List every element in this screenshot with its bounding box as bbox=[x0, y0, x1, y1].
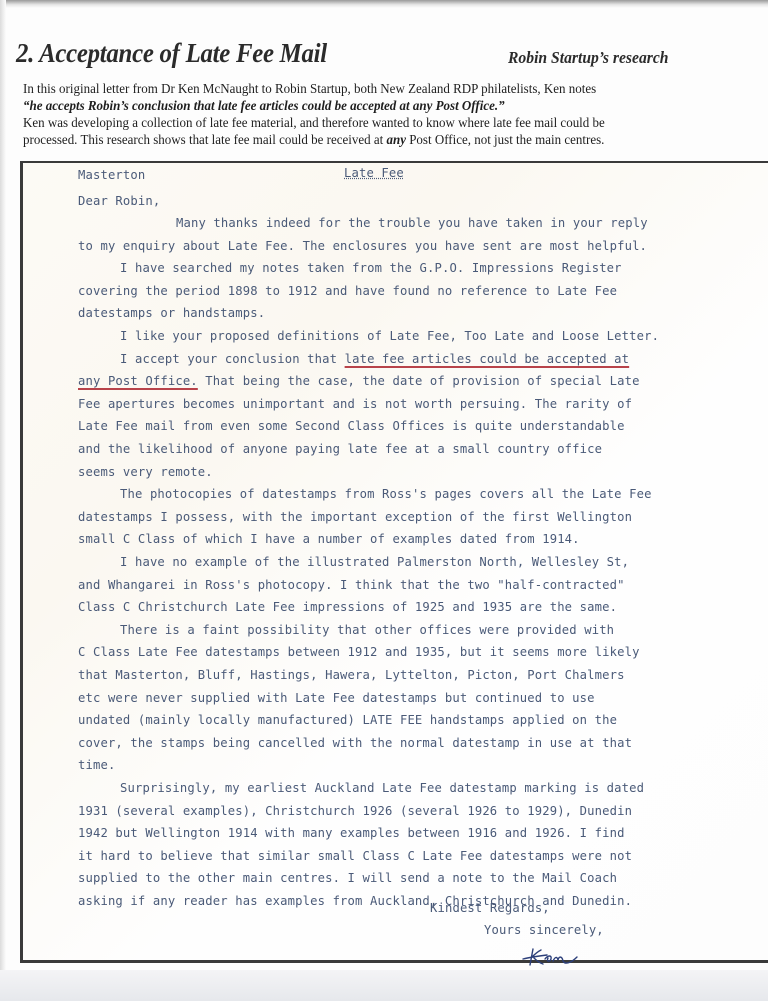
scan-top-edge bbox=[0, 0, 768, 8]
letter-line: any Post Office. That being the case, th… bbox=[78, 374, 640, 388]
underlined-passage: any Post Office. bbox=[78, 374, 198, 388]
letter-text-segment: time. bbox=[78, 758, 115, 772]
scan-bottom-edge bbox=[0, 970, 768, 1001]
letter-line: small C Class of which I have a number o… bbox=[78, 532, 580, 546]
letter-line: and the likelihood of anyone paying late… bbox=[78, 442, 602, 456]
letter-line: covering the period 1898 to 1912 and hav… bbox=[78, 284, 617, 298]
letter-line: There is a faint possibility that other … bbox=[120, 623, 614, 637]
letter-text-segment: The photocopies of datestamps from Ross'… bbox=[120, 487, 652, 501]
letter-text-segment: 1931 (several examples), Christchurch 19… bbox=[78, 804, 632, 818]
intro-line: processed. This research shows that late… bbox=[23, 131, 730, 148]
letter-line: I like your proposed definitions of Late… bbox=[120, 329, 659, 343]
intro-text-segment: Post Office, not just the main centres. bbox=[406, 132, 604, 147]
page-title: 2. Acceptance of Late Fee Mail bbox=[16, 38, 327, 69]
letter-line: datestamps I possess, with the important… bbox=[78, 510, 632, 524]
letter-text-segment: Late Fee mail from even some Second Clas… bbox=[78, 419, 625, 433]
letter-text-segment: seems very remote. bbox=[78, 465, 213, 479]
letter-line: 1931 (several examples), Christchurch 19… bbox=[78, 804, 632, 818]
letter-line: Class C Christchurch Late Fee impression… bbox=[78, 600, 617, 614]
intro-text-segment: processed. This research shows that late… bbox=[23, 132, 386, 147]
scan-left-edge bbox=[0, 0, 6, 1001]
intro-emphasis: any bbox=[386, 132, 405, 147]
intro-text: In this original letter from Dr Ken McNa… bbox=[23, 80, 730, 148]
signature-icon bbox=[521, 943, 581, 969]
letter-line: I have no example of the illustrated Pal… bbox=[120, 555, 629, 569]
letter-line: time. bbox=[78, 758, 115, 772]
letter-text-segment: Many thanks indeed for the trouble you h… bbox=[176, 216, 648, 230]
letter-text-segment: I have searched my notes taken from the … bbox=[120, 261, 622, 275]
letter-line: to my enquiry about Late Fee. The enclos… bbox=[78, 239, 647, 253]
intro-quote: “he accepts Robin’s conclusion that late… bbox=[23, 97, 730, 114]
page-subtitle: Robin Startup’s research bbox=[508, 48, 668, 68]
letter-text-segment: 1942 but Wellington 1914 with many examp… bbox=[78, 826, 625, 840]
letter-line: it hard to believe that similar small Cl… bbox=[78, 849, 632, 863]
underlined-passage: late fee articles could be accepted at bbox=[345, 352, 630, 366]
intro-line: In this original letter from Dr Ken McNa… bbox=[23, 80, 730, 97]
letter-text-segment: supplied to the other main centres. I wi… bbox=[78, 871, 617, 885]
letter-line: seems very remote. bbox=[78, 465, 213, 479]
letter-text-segment: datestamps or handstamps. bbox=[78, 306, 265, 320]
letter-text-segment: I accept your conclusion that bbox=[120, 352, 345, 366]
letter-image: Masterton Late Fee Dear Robin, Many than… bbox=[20, 161, 768, 963]
letter-text-segment: C Class Late Fee datestamps between 1912… bbox=[78, 645, 640, 659]
letter-text-segment: that Masterton, Bluff, Hastings, Hawera,… bbox=[78, 668, 625, 682]
letter-text-segment: to my enquiry about Late Fee. The enclos… bbox=[78, 239, 647, 253]
intro-line: Ken was developing a collection of late … bbox=[23, 114, 730, 131]
letter-line: datestamps or handstamps. bbox=[78, 306, 265, 320]
letter-text-segment: I have no example of the illustrated Pal… bbox=[120, 555, 629, 569]
letter-text-segment: Class C Christchurch Late Fee impression… bbox=[78, 600, 617, 614]
letter-text-segment: There is a faint possibility that other … bbox=[120, 623, 614, 637]
letter-text-segment: That being the case, the date of provisi… bbox=[198, 374, 640, 388]
letter-text-segment: covering the period 1898 to 1912 and hav… bbox=[78, 284, 617, 298]
letter-line: Many thanks indeed for the trouble you h… bbox=[176, 216, 648, 230]
letter-place: Masterton bbox=[78, 168, 145, 182]
letter-line: and Whangarei in Ross's photocopy. I thi… bbox=[78, 578, 625, 592]
letter-text-segment: cover, the stamps being cancelled with t… bbox=[78, 736, 632, 750]
letter-text-segment: datestamps I possess, with the important… bbox=[78, 510, 632, 524]
letter-closing: Kindest Regards, bbox=[430, 901, 550, 915]
letter-line: undated (mainly locally manufactured) LA… bbox=[78, 713, 617, 727]
letter-line: that Masterton, Bluff, Hastings, Hawera,… bbox=[78, 668, 625, 682]
letter-text-segment: Fee apertures becomes unimportant and is… bbox=[78, 397, 632, 411]
letter-body: Masterton Late Fee Dear Robin, Many than… bbox=[23, 163, 768, 960]
letter-text-segment: and the likelihood of anyone paying late… bbox=[78, 442, 602, 456]
letter-text-segment: etc were never supplied with Late Fee da… bbox=[78, 691, 595, 705]
letter-signoff: Yours sincerely, bbox=[484, 923, 604, 937]
letter-heading: Late Fee bbox=[344, 166, 404, 180]
letter-salutation: Dear Robin, bbox=[78, 194, 160, 208]
letter-line: The photocopies of datestamps from Ross'… bbox=[120, 487, 652, 501]
letter-line: 1942 but Wellington 1914 with many examp… bbox=[78, 826, 625, 840]
letter-text-segment: Surprisingly, my earliest Auckland Late … bbox=[120, 781, 644, 795]
letter-text-segment: and Whangarei in Ross's photocopy. I thi… bbox=[78, 578, 625, 592]
letter-line: cover, the stamps being cancelled with t… bbox=[78, 736, 632, 750]
letter-line: Fee apertures becomes unimportant and is… bbox=[78, 397, 632, 411]
letter-line: Surprisingly, my earliest Auckland Late … bbox=[120, 781, 644, 795]
letter-line: C Class Late Fee datestamps between 1912… bbox=[78, 645, 640, 659]
letter-line: supplied to the other main centres. I wi… bbox=[78, 871, 617, 885]
letter-text-segment: I like your proposed definitions of Late… bbox=[120, 329, 659, 343]
letter-line: I accept your conclusion that late fee a… bbox=[120, 352, 629, 366]
letter-text-segment: small C Class of which I have a number o… bbox=[78, 532, 580, 546]
letter-text-segment: undated (mainly locally manufactured) LA… bbox=[78, 713, 617, 727]
letter-line: Late Fee mail from even some Second Clas… bbox=[78, 419, 625, 433]
letter-line: etc were never supplied with Late Fee da… bbox=[78, 691, 595, 705]
letter-text-segment: it hard to believe that similar small Cl… bbox=[78, 849, 632, 863]
letter-line: I have searched my notes taken from the … bbox=[120, 261, 622, 275]
